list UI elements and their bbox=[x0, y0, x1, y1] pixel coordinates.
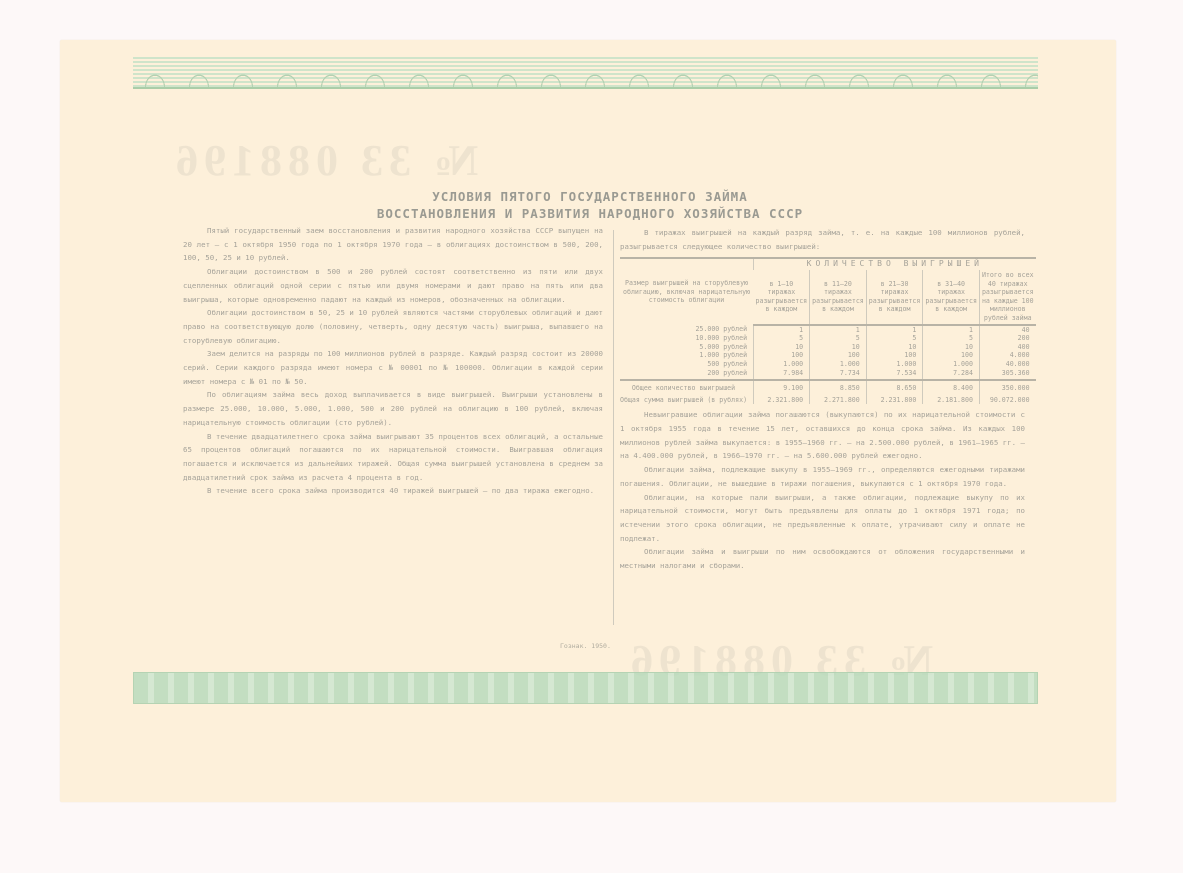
cell: 1 bbox=[923, 325, 980, 335]
cell: 100 bbox=[923, 351, 980, 360]
cell: 2.181.800 bbox=[923, 393, 980, 405]
row-label: 10.000 рублей bbox=[620, 334, 754, 343]
table-intro: В тиражах выигрышей на каждый разряд зай… bbox=[620, 226, 1025, 253]
cell: 90.072.000 bbox=[979, 393, 1035, 405]
row-label: 1.000 рублей bbox=[620, 351, 754, 360]
row-label: Общая сумма выигрышей (в рублях) bbox=[620, 393, 754, 405]
paragraph: Пятый государственный заем восстановлени… bbox=[183, 224, 603, 265]
cell: 40 bbox=[979, 325, 1035, 335]
paragraph: По облигациям займа весь доход выплачива… bbox=[183, 388, 603, 429]
row-label: 5.000 рублей bbox=[620, 343, 754, 352]
table-row-total-sum: Общая сумма выигрышей (в рублях) 2.321.8… bbox=[620, 393, 1036, 405]
cell: 1.000 bbox=[754, 360, 810, 369]
cell: 5 bbox=[810, 334, 867, 343]
table-row: 25.000 рублей111140 bbox=[620, 325, 1036, 335]
group-header: КОЛИЧЕСТВО ВЫИГРЫШЕЙ bbox=[754, 258, 1036, 270]
right-column: В тиражах выигрышей на каждый разряд зай… bbox=[620, 226, 1025, 573]
column-header: в 11—20 тиражах разыгрывается в каждом bbox=[810, 270, 867, 325]
cell: 10 bbox=[754, 343, 810, 352]
guilloche-border-top bbox=[133, 57, 1038, 89]
cell: 8.850 bbox=[810, 380, 867, 393]
cell: 1.000 bbox=[923, 360, 980, 369]
cell: 10 bbox=[810, 343, 867, 352]
row-label: 200 рублей bbox=[620, 369, 754, 381]
row-label: 500 рублей bbox=[620, 360, 754, 369]
table-row: 10.000 рублей5555200 bbox=[620, 334, 1036, 343]
cell: 9.100 bbox=[754, 380, 810, 393]
cell: 200 bbox=[979, 334, 1035, 343]
paragraph: Облигации достоинством в 500 и 200 рубле… bbox=[183, 265, 603, 306]
paragraph: Невыигравшие облигации займа погашаются … bbox=[620, 408, 1025, 463]
row-label: 25.000 рублей bbox=[620, 325, 754, 335]
cell: 1.000 bbox=[866, 360, 923, 369]
paragraph: Облигации, на которые пали выигрыши, а т… bbox=[620, 491, 1025, 546]
guilloche-border-bottom bbox=[133, 672, 1038, 704]
row-label: Общее количество выигрышей bbox=[620, 380, 754, 393]
cell: 350.000 bbox=[979, 380, 1035, 393]
cell: 8.400 bbox=[923, 380, 980, 393]
column-header: в 31—40 тиражах разыгрывается в каждом bbox=[923, 270, 980, 325]
table-row: 5.000 рублей10101010400 bbox=[620, 343, 1036, 352]
cell: 100 bbox=[810, 351, 867, 360]
cell: 100 bbox=[866, 351, 923, 360]
column-divider bbox=[613, 230, 614, 625]
cell: 100 bbox=[754, 351, 810, 360]
cell: 40.000 bbox=[979, 360, 1035, 369]
paragraph: Заем делится на разряды по 100 миллионов… bbox=[183, 347, 603, 388]
cell: 4.000 bbox=[979, 351, 1035, 360]
paragraph: Облигации достоинством в 50, 25 и 10 руб… bbox=[183, 306, 603, 347]
document-title: УСЛОВИЯ ПЯТОГО ГОСУДАРСТВЕННОГО ЗАЙМА ВО… bbox=[300, 188, 880, 222]
row-header: Размер выигрышей на сторублевую облигаци… bbox=[620, 258, 754, 324]
cell: 2.231.800 bbox=[866, 393, 923, 405]
cell: 305.360 bbox=[979, 369, 1035, 381]
cell: 1 bbox=[866, 325, 923, 335]
cell: 7.534 bbox=[866, 369, 923, 381]
cell: 1.000 bbox=[810, 360, 867, 369]
cell: 7.734 bbox=[810, 369, 867, 381]
cell: 2.271.800 bbox=[810, 393, 867, 405]
column-header: Итого во всех 40 тиражах разыгрывается н… bbox=[979, 270, 1035, 325]
cell: 1 bbox=[754, 325, 810, 335]
left-column: Пятый государственный заем восстановлени… bbox=[183, 224, 603, 498]
paragraph: В течение всего срока займа производится… bbox=[183, 484, 603, 498]
printer-imprint: Гознак. 1950. bbox=[560, 642, 611, 650]
cell: 10 bbox=[866, 343, 923, 352]
cell: 5 bbox=[754, 334, 810, 343]
cell: 400 bbox=[979, 343, 1035, 352]
cell: 7.284 bbox=[923, 369, 980, 381]
cell: 1 bbox=[810, 325, 867, 335]
paragraph: Облигации займа и выигрыши по ним освобо… bbox=[620, 545, 1025, 572]
paragraph: В течение двадцатилетнего срока займа вы… bbox=[183, 430, 603, 485]
ghost-serial-top: № 33 088196 bbox=[170, 135, 478, 186]
cell: 7.984 bbox=[754, 369, 810, 381]
column-header: в 21—30 тиражах разыгрывается в каждом bbox=[866, 270, 923, 325]
table-row: 500 рублей1.0001.0001.0001.00040.000 bbox=[620, 360, 1036, 369]
cell: 8.650 bbox=[866, 380, 923, 393]
paragraph: Облигации займа, подлежащие выкупу в 195… bbox=[620, 463, 1025, 490]
table-row: 1.000 рублей1001001001004.000 bbox=[620, 351, 1036, 360]
column-header: в 1—10 тиражах разыгрывается в каждом bbox=[754, 270, 810, 325]
cell: 10 bbox=[923, 343, 980, 352]
title-line-2: ВОССТАНОВЛЕНИЯ И РАЗВИТИЯ НАРОДНОГО ХОЗЯ… bbox=[300, 205, 880, 222]
cell: 5 bbox=[866, 334, 923, 343]
table-row-total-count: Общее количество выигрышей 9.100 8.850 8… bbox=[620, 380, 1036, 393]
winnings-table: Размер выигрышей на сторублевую облигаци… bbox=[620, 257, 1036, 404]
title-line-1: УСЛОВИЯ ПЯТОГО ГОСУДАРСТВЕННОГО ЗАЙМА bbox=[300, 188, 880, 205]
cell: 2.321.800 bbox=[754, 393, 810, 405]
table-row: 200 рублей7.9847.7347.5347.284305.360 bbox=[620, 369, 1036, 381]
cell: 5 bbox=[923, 334, 980, 343]
